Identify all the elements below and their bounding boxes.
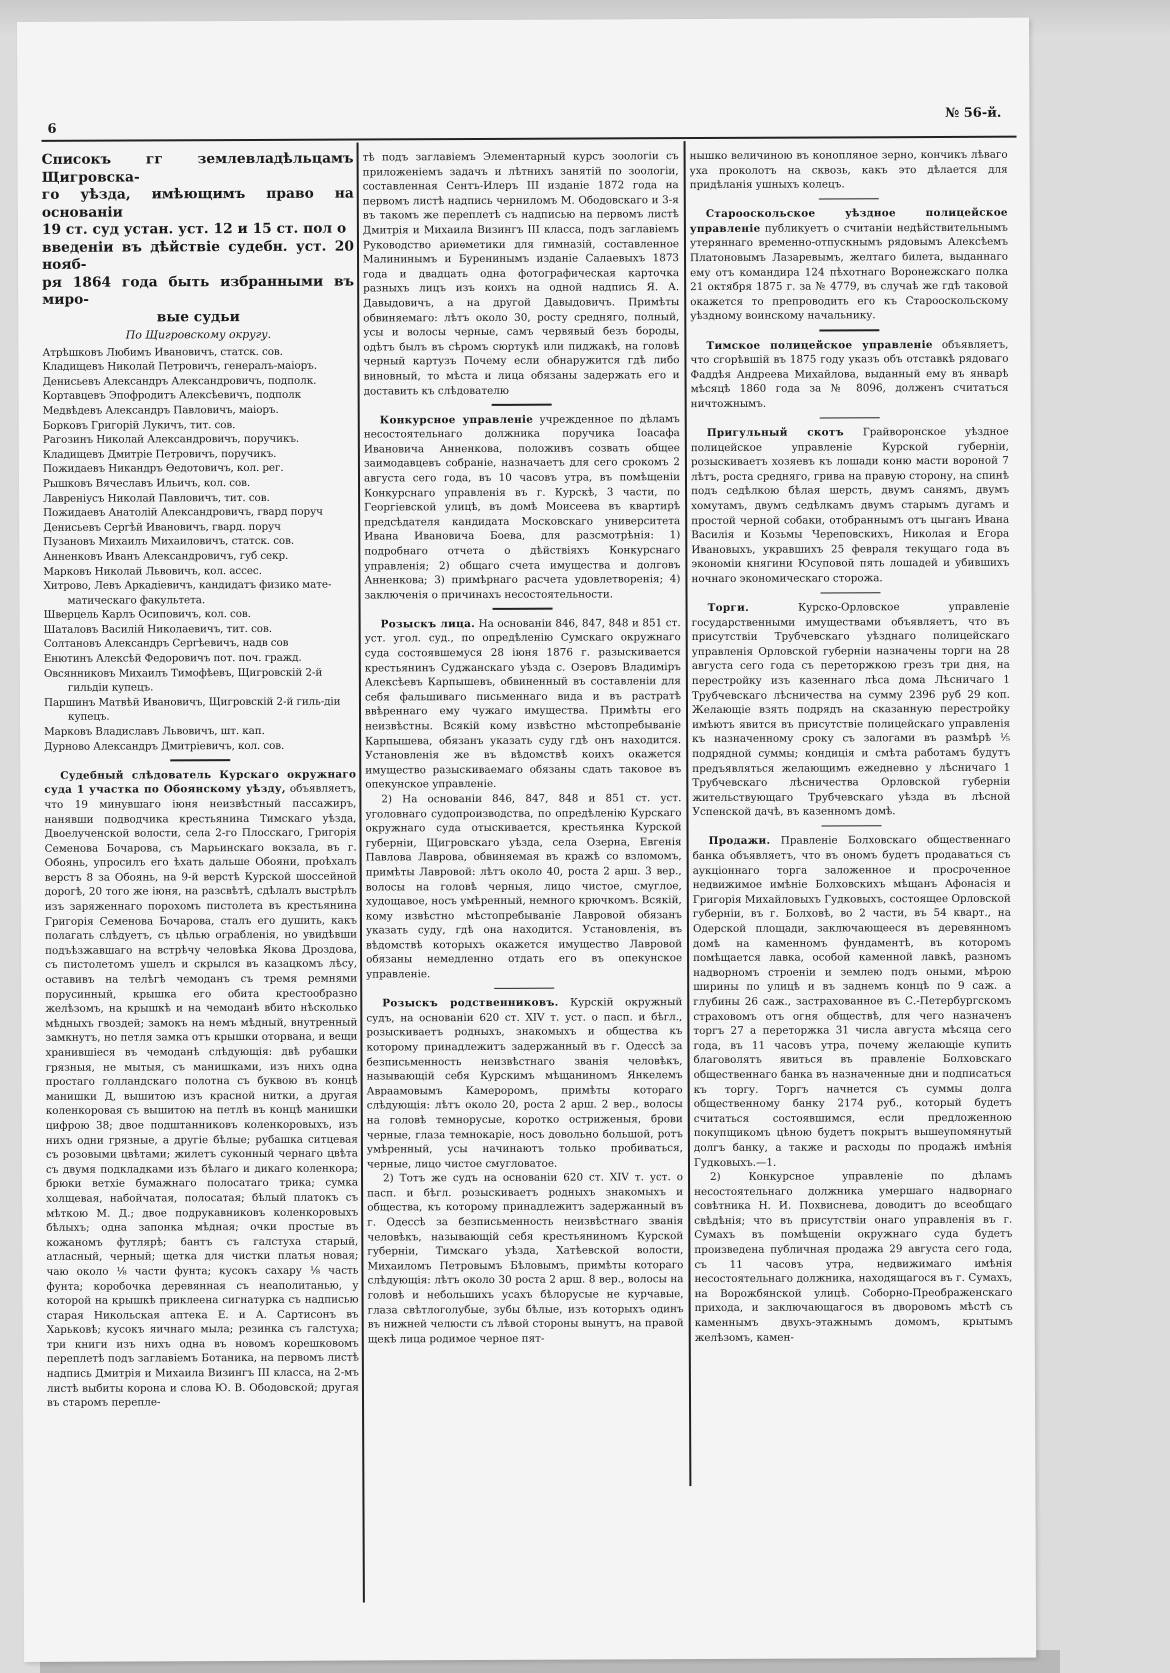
section-separator bbox=[493, 608, 553, 610]
article-bankruptcy-administration: Конкурсное управленіе учрежденное по дѣл… bbox=[364, 412, 681, 603]
article-lead: Розыскъ родственниковъ. bbox=[382, 997, 558, 1010]
header-rule bbox=[42, 136, 1017, 142]
names-list: Атрѣшковъ Любимъ Ивановичъ, статск. сов.… bbox=[42, 344, 356, 754]
article-lead: Пригульный скотъ bbox=[707, 426, 844, 439]
list-item: Атрѣшковъ Любимъ Ивановичъ, статск. сов. bbox=[42, 344, 354, 360]
list-item: Лавреніусъ Николай Павловичъ, тит. сов. bbox=[43, 490, 355, 506]
list-item: Дурново Александръ Дмитріевичъ, кол. сов… bbox=[44, 738, 356, 754]
article-lead: Продажи. bbox=[709, 835, 771, 847]
article-body: Курскій окружный судъ, на основаніи 620 … bbox=[366, 996, 683, 1170]
list-item: Солтановъ Александръ Сергѣевичъ, надв со… bbox=[44, 636, 356, 652]
section-separator bbox=[820, 417, 880, 419]
list-item: Пожидаевъ Анатолій Александровичъ, гвард… bbox=[43, 505, 355, 521]
list-item: Пожидаевъ Никандръ Ѳедотовичъ, кол. рег. bbox=[43, 461, 355, 477]
article-search-person-2: 2) На основаніи 846, 847, 848 и 851 ст. … bbox=[365, 791, 682, 982]
section-separator bbox=[492, 404, 552, 406]
column-3: нышко величиною въ конопляное зерно, кон… bbox=[690, 148, 1013, 1346]
list-item: Кладищевъ Дмитріе Петровичъ, поручикъ. bbox=[43, 446, 355, 462]
article-body: учрежденное по дѣламъ несостоятельнаго д… bbox=[364, 413, 681, 602]
section-separator bbox=[820, 592, 880, 594]
list-item: Борковъ Григорій Лукичъ, тит. сов. bbox=[43, 417, 355, 433]
list-item: Медвѣдевъ Александръ Павловичъ, маіоръ. bbox=[43, 402, 355, 418]
article-lead: Тимское полицейское управленіе bbox=[706, 339, 932, 352]
list-item: Овсянниковъ Михаилъ Тимофѣевъ, Щигровскі… bbox=[44, 665, 356, 696]
title-line: выe судьи bbox=[42, 308, 354, 327]
column-2: тѣ подъ заглавіемъ Элементарный курсъ зо… bbox=[363, 149, 684, 1347]
title-line: введеніи въ дѣйствіе судебн. уст. 20 ноя… bbox=[42, 238, 354, 274]
list-item: Кортавцевъ Эпофродитъ Алексѣевичъ, подпо… bbox=[43, 388, 355, 404]
article-auctions: Торги. Курско-Орловское управленіе госуд… bbox=[692, 600, 1011, 820]
list-title: Списокъ гг землевладѣльцамъ Щигровска- г… bbox=[42, 151, 355, 327]
list-item: Денисьевъ Сергѣй Ивановичъ, гвард. поруч bbox=[43, 519, 355, 535]
article-continuation: тѣ подъ заглавіемъ Элементарный курсъ зо… bbox=[363, 149, 680, 398]
section-separator bbox=[494, 987, 554, 989]
list-item: Рышковъ Вячеславъ Ильичъ, кол. сов. bbox=[43, 475, 355, 491]
list-item: Шаталовъ Василій Николаевичъ, тит. сов. bbox=[44, 621, 356, 637]
article-body: объявляетъ, что 19 минувшаго іюня неизвѣ… bbox=[44, 783, 359, 1409]
article-sales-2: 2) Конкурсное управленіе по дѣламъ несос… bbox=[694, 1169, 1013, 1346]
section-separator bbox=[170, 759, 230, 761]
title-line: го уѣзда, имѣющимъ право на основаніи bbox=[42, 186, 354, 222]
list-item: Пузановъ Михаилъ Михаиловичъ, статск. со… bbox=[43, 534, 355, 550]
newspaper-page: 6 № 56-й. Списокъ гг землевладѣльцамъ Щи… bbox=[17, 18, 1036, 1662]
article-tim-police: Тимское полицейское управленіе объявляет… bbox=[690, 337, 1008, 411]
list-item: Денисьевъ Александръ Александровичъ, под… bbox=[43, 373, 355, 389]
article-body: нышко величиною въ конопляное зерно, кон… bbox=[690, 149, 1008, 192]
list-item: Кладищевъ Николай Петровичъ, генералъ-ма… bbox=[42, 359, 354, 375]
article-continuation: нышко величиною въ конопляное зерно, кон… bbox=[690, 148, 1008, 193]
list-item: Анненковъ Иванъ Александровичъ, губ секр… bbox=[43, 548, 355, 564]
article-body: Курско-Орловское управленіе государствен… bbox=[692, 601, 1011, 819]
list-subtitle: По Щигровскому округу. bbox=[42, 328, 354, 344]
title-line: 19 ст. суд устан. уст. 12 и 15 ст. пол о bbox=[42, 221, 354, 240]
article-body: На основаніи 846, 847, 848 и 851 ст. уст… bbox=[365, 617, 682, 791]
article-stary-oskol-police: Старооскольское уѣздное полицейское упра… bbox=[690, 206, 1009, 324]
article-body: публикуетъ о считаніи недѣйствительнымъ … bbox=[690, 222, 1008, 323]
article-body: 2) Конкурсное управленіе по дѣламъ несос… bbox=[694, 1170, 1013, 1344]
article-body: тѣ подъ заглавіемъ Элементарный курсъ зо… bbox=[363, 150, 680, 397]
section-separator bbox=[822, 825, 882, 827]
article-sales: Продажи. Правленіе Болховскаго обществен… bbox=[693, 833, 1012, 1170]
article-stray-livestock: Пригульный скотъ Грайворонское уѣздное п… bbox=[691, 425, 1010, 587]
article-body: 2) Тотъ же судъ на основаніи 620 ст. XIV… bbox=[367, 1171, 684, 1345]
title-line: Списокъ гг землевладѣльцамъ Щигровска- bbox=[42, 151, 354, 187]
list-item: Шверцель Карлъ Осиповичъ, кол. сов. bbox=[44, 607, 356, 623]
list-item: Марковъ Владиславъ Львовичъ, шт. кап. bbox=[44, 724, 356, 740]
list-item: Енютинъ Алексѣй Федоровичъ пот. поч. гра… bbox=[44, 651, 356, 667]
section-separator bbox=[819, 198, 879, 200]
page-number: 6 bbox=[47, 122, 56, 137]
list-item: Хитрово, Левъ Аркадіевичъ, кандидатъ физ… bbox=[43, 578, 355, 609]
article-lead: Розыскъ лица. bbox=[381, 618, 475, 630]
article-search-relatives-2: 2) Тотъ же судъ на основаніи 620 ст. XIV… bbox=[367, 1170, 684, 1347]
page-header: 6 № 56-й. bbox=[17, 18, 1030, 142]
section-separator bbox=[819, 329, 879, 331]
issue-number: № 56-й. bbox=[945, 106, 1001, 121]
article-lead: Торги. bbox=[708, 602, 749, 614]
title-line: ря 1864 года быть избранными въ миро- bbox=[42, 273, 354, 309]
list-item: Паршинъ Матвѣй Ивановичъ, Щигровскій 2-й… bbox=[44, 694, 356, 725]
article-search-relatives: Розыскъ родственниковъ. Курскій окружный… bbox=[366, 995, 683, 1172]
article-search-person: Розыскъ лица. На основаніи 846, 847, 848… bbox=[365, 616, 682, 793]
article-investigator: Судебный слѣдователь Курскаго окружнаго … bbox=[44, 767, 359, 1410]
list-item: Марковъ Николай Львовичъ, кол. ассес. bbox=[43, 563, 355, 579]
article-body: Грайворонское уѣздное полицейское управл… bbox=[691, 426, 1010, 585]
list-item: Рагозинъ Николай Александровичъ, поручик… bbox=[43, 432, 355, 448]
column-1: Списокъ гг землевладѣльцамъ Щигровска- г… bbox=[42, 151, 359, 1411]
article-body: Правленіе Болховскаго общественнаго банк… bbox=[693, 834, 1012, 1168]
article-lead: Конкурсное управленіе bbox=[380, 413, 533, 426]
article-body: 2) На основаніи 846, 847, 848 и 851 ст. … bbox=[365, 792, 682, 981]
